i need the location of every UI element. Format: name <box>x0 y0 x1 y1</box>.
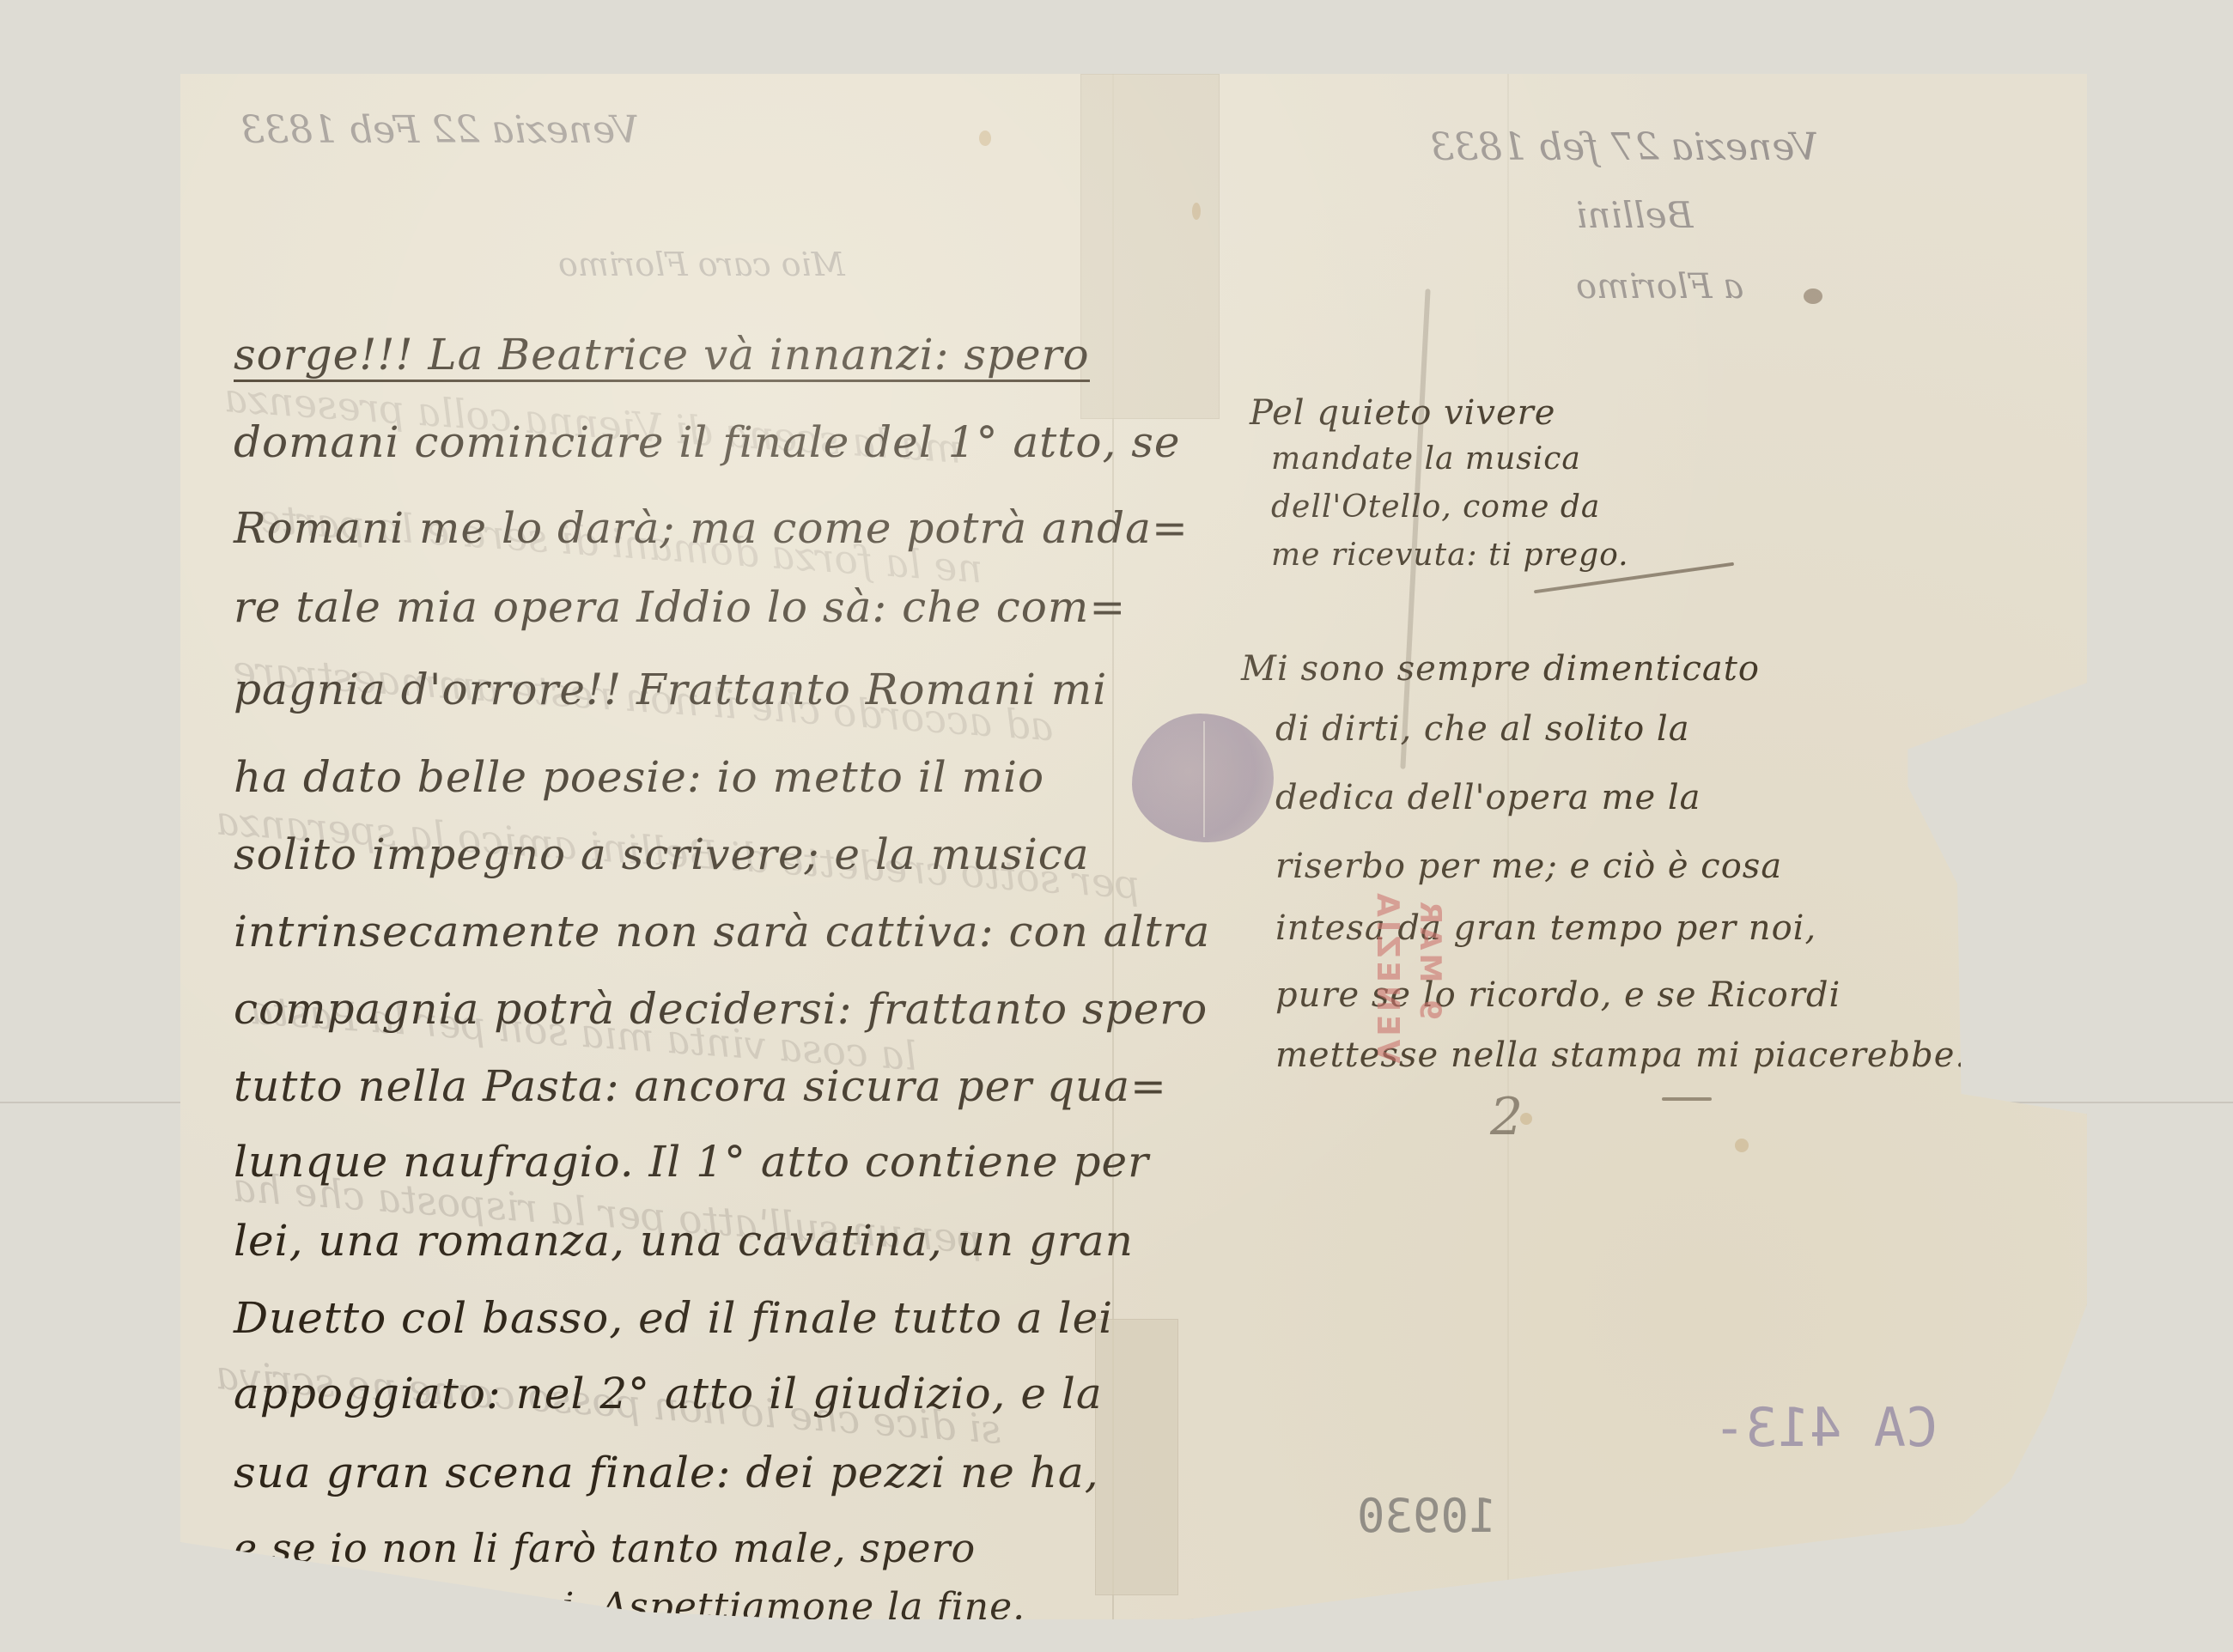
letter-line-1: sorge!!! La Beatrice và innanzi: spero <box>234 330 1090 380</box>
letter-line-16: e se io non li farò tanto male, spero <box>234 1525 976 1571</box>
ink-spot <box>1804 288 1822 304</box>
postscript-line-2: mandate la musica <box>1271 441 1581 477</box>
note-line-5: intesa da gran tempo per noi, <box>1275 908 1816 948</box>
letter-line-8: intrinsecamente non sarà cattiva: con al… <box>234 907 1210 957</box>
note-line-3: dedica dell'opera me la <box>1275 778 1701 817</box>
postscript-line-4: me ricevuta: ti prego. <box>1271 538 1629 573</box>
pencil-recipient: a Florimo <box>1576 267 1743 307</box>
red-postmark-left: VENEZIA <box>1370 890 1405 1064</box>
closing-paraph <box>1662 1097 1712 1101</box>
archive-number: 10930 <box>1357 1489 1497 1543</box>
letter-line-11: lunque naufragio. Il 1° atto contiene pe… <box>234 1137 1149 1187</box>
note-line-1: Mi sono sempre dimenticato <box>1241 649 1760 689</box>
archive-code: CA 413- <box>1713 1396 1938 1459</box>
letter-line-13: Duetto col basso, ed il finale tutto a l… <box>234 1293 1113 1343</box>
letter-line-12: lei, una romanza, una cavatina, un gran <box>234 1216 1134 1266</box>
postscript-line-3: dell'Otello, come da <box>1271 489 1600 525</box>
note-line-2: di dirti, che al solito la <box>1275 709 1690 749</box>
pencil-date-header: Venezia 27 feb 1833 <box>1430 125 1818 169</box>
letter-line-2: domani cominciare il finale del 1° atto,… <box>234 417 1181 467</box>
pencil-date-header: Venezia 22 Feb 1833 <box>240 108 639 152</box>
foxing-stain <box>979 131 991 146</box>
foxing-stain <box>1192 203 1201 220</box>
letter-line-10: tutto nella Pasta: ancora sicura per qua… <box>234 1061 1167 1111</box>
foxing-stain <box>1735 1139 1749 1152</box>
page-number-mark: 2 <box>1490 1087 1524 1147</box>
left-page: Venezia 22 Feb 1833 Mio caro Florimo ma … <box>180 74 1112 1619</box>
red-postmark-right: 9 MAR <box>1413 898 1447 1020</box>
wax-seal-residue <box>1132 714 1274 842</box>
pencil-salutation: Mio caro Florimo <box>558 246 845 283</box>
right-page: Venezia 27 feb 1833 Bellini a Florimo Pe… <box>1112 74 2087 1619</box>
letter-line-3: Romani me lo darà; ma come potrà anda= <box>234 503 1189 553</box>
letter-line-14: appoggiato: nel 2° atto il giudizio, e l… <box>234 1369 1103 1418</box>
letter-line-15: sua gran scena finale: dei pezzi ne ha, <box>234 1448 1099 1497</box>
letter-line-17: in parte salvarmi. Aspettiamone la fine. <box>234 1585 1025 1629</box>
pencil-author-name: Bellini <box>1576 194 1694 236</box>
foxing-stain <box>1520 1113 1532 1125</box>
letter-line-5: pagnia d'orrore!! Frattanto Romani mi <box>234 665 1107 714</box>
letter-line-6: ha dato belle poesie: io metto il mio <box>234 752 1044 802</box>
letter-sheet: Venezia 22 Feb 1833 Mio caro Florimo ma … <box>180 74 2087 1619</box>
note-line-4: riserbo per me; e ciò è cosa <box>1275 847 1782 886</box>
curved-office-stamp: FIRENZE <box>1971 951 2036 1064</box>
letter-line-7: solito impegno a scrivere; e la musica <box>234 829 1090 879</box>
letter-line-9: compagnia potrà decidersi: frattanto spe… <box>234 984 1208 1034</box>
note-line-6: pure se lo ricordo, e se Ricordi <box>1275 975 1841 1015</box>
offset-ink-smear <box>1400 288 1430 769</box>
letter-line-4: re tale mia opera Iddio lo sà: che com= <box>234 582 1126 632</box>
postscript-line-1: Pel quieto vivere <box>1250 393 1555 433</box>
